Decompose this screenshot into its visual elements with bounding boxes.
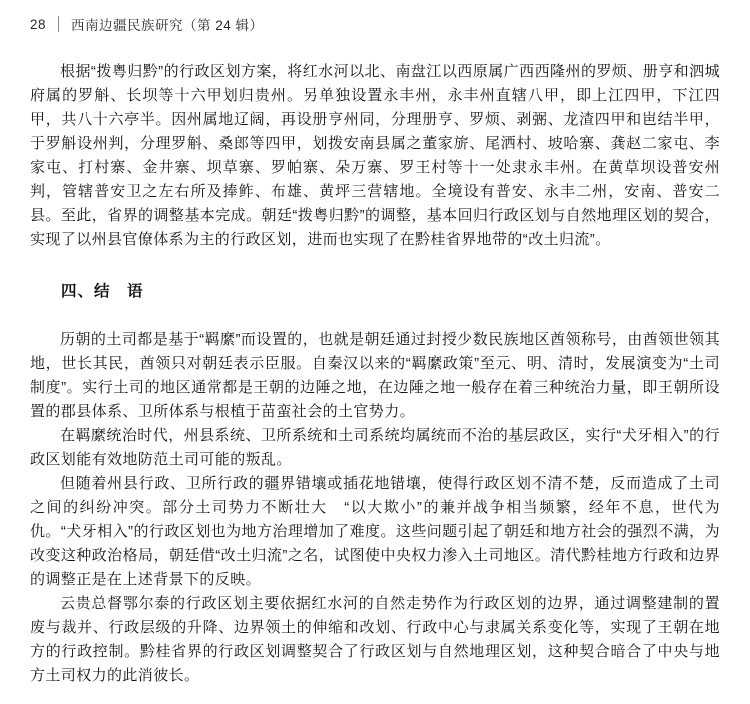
paragraph-5: 云贵总督鄂尔泰的行政区划主要依据红水河的自然走势作为行政区划的边界，通过调整建制… [30, 592, 720, 688]
document-page: 28 西南边疆民族研究（第 24 辑） 根据“拨粤归黔”的行政区划方案，将红水河… [0, 0, 750, 704]
running-header: 28 西南边疆民族研究（第 24 辑） [30, 14, 720, 34]
page-body: 根据“拨粤归黔”的行政区划方案，将红水河以北、南盘江以西原属广西西隆州的罗烦、册… [30, 60, 720, 688]
header-divider-line [58, 16, 59, 32]
book-title: 西南边疆民族研究（第 24 辑） [71, 14, 264, 34]
paragraph-4: 但随着州县行政、卫所行政的疆界错壤或插花地错壤，使得行政区划不清不楚，反而造成了… [30, 472, 720, 592]
paragraph-3: 在羁縻统治时代，州县系统、卫所系统和土司系统均属统而不治的基层政区，实行“犬牙相… [30, 424, 720, 472]
page-number: 28 [30, 17, 46, 32]
paragraph-1: 根据“拨粤归黔”的行政区划方案，将红水河以北、南盘江以西原属广西西隆州的罗烦、册… [30, 60, 720, 252]
paragraph-2: 历朝的土司都是基于“羁縻”而设置的，也就是朝廷通过封授少数民族地区酋领称号，由酋… [30, 328, 720, 424]
section-heading: 四、结 语 [30, 280, 720, 304]
